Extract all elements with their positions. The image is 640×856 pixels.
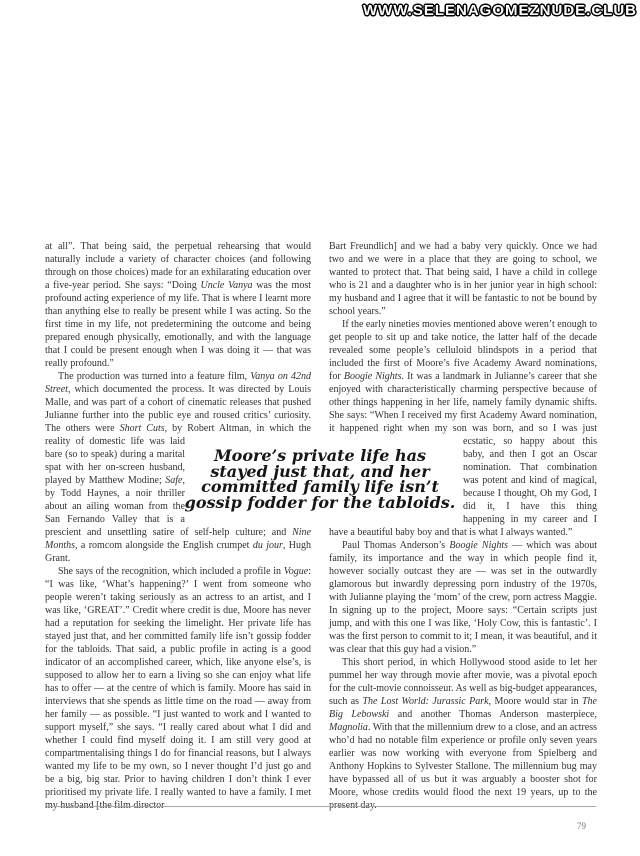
- right-column: Bart Freundlich] and we had a baby very …: [329, 240, 597, 812]
- paragraph: at all”. That being said, the perpetual …: [45, 240, 311, 370]
- magazine-page: WWW.SELENAGOMEZNUDE.CLUB at all”. That b…: [0, 0, 640, 856]
- page-number: 79: [577, 821, 586, 831]
- left-column: at all”. That being said, the perpetual …: [45, 240, 311, 812]
- footer-rule: [45, 806, 596, 807]
- article-body: at all”. That being said, the perpetual …: [45, 240, 597, 812]
- paragraph: Paul Thomas Anderson’s Boogie Nights — w…: [329, 539, 597, 656]
- watermark: WWW.SELENAGOMEZNUDE.CLUB: [363, 2, 637, 19]
- pull-quote: Moore’s private life has stayed just tha…: [165, 448, 475, 510]
- paragraph: She says of the recognition, which inclu…: [45, 565, 311, 812]
- paragraph: Bart Freundlich] and we had a baby very …: [329, 240, 597, 318]
- paragraph: This short period, in which Hollywood st…: [329, 656, 597, 812]
- pull-quote-line: gossip fodder for the tabloids.: [165, 495, 475, 511]
